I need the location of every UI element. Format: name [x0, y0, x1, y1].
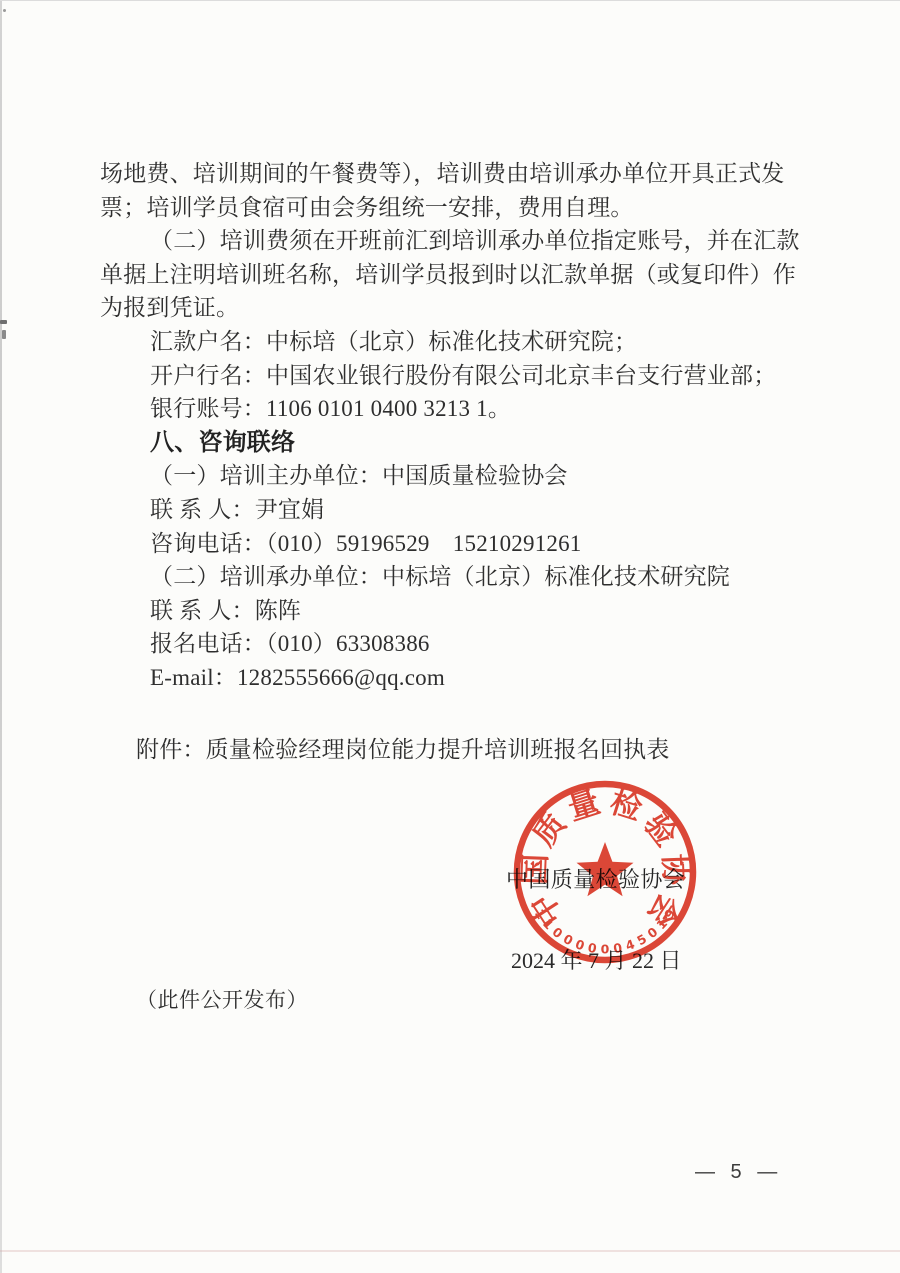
- svg-text:检: 检: [606, 784, 646, 827]
- svg-text:量: 量: [564, 784, 604, 827]
- scan-line-artifact: [0, 1250, 900, 1252]
- issuer-name: 中国质量检验协会: [506, 863, 685, 894]
- svg-text:1: 1: [653, 916, 670, 933]
- document-page: 场地费、培训期间的午餐费等），培训费由培训承办单位开具正式发 票；培训学员食宿可…: [0, 0, 900, 1273]
- body-line-organizer: （一）培训主办单位：中国质量检验协会: [100, 459, 812, 493]
- body-line-remit-account-name: 汇款户名：中标培（北京）标准化技术研究院；: [100, 325, 812, 359]
- svg-text:1: 1: [540, 916, 557, 933]
- body-line-registration-phone: 报名电话：（010）63308386: [100, 627, 812, 661]
- body-line-undertaker: （二）培训承办单位：中标培（北京）标准化技术研究院: [100, 560, 812, 594]
- body-line-contact-person-1: 联 系 人：尹宜娟: [100, 493, 812, 527]
- svg-text:中: 中: [523, 888, 569, 933]
- body-line: （二）培训费须在开班前汇到培训承办单位指定账号，并在汇款: [100, 224, 812, 258]
- body-text-block: 场地费、培训期间的午餐费等），培训费由培训承办单位开具正式发 票；培训学员食宿可…: [100, 157, 812, 695]
- svg-text:会: 会: [641, 888, 687, 933]
- body-line-contact-person-2: 联 系 人：陈阵: [100, 594, 812, 628]
- section-heading-contact: 八、咨询联络: [100, 426, 812, 460]
- issue-date: 2024 年 7 月 22 日: [511, 944, 682, 975]
- scan-speck: [3, 9, 6, 12]
- svg-text:验: 验: [637, 807, 684, 853]
- scan-edge-left: [0, 0, 2, 1273]
- body-line: 场地费、培训期间的午餐费等），培训费由培训承办单位开具正式发: [100, 157, 812, 191]
- attachment-line: 附件：质量检验经理岗位能力提升培训班报名回执表: [136, 731, 670, 764]
- svg-text:0: 0: [550, 924, 566, 941]
- scan-edge-top: [0, 0, 900, 1]
- svg-text:0: 0: [644, 924, 660, 941]
- public-release-note: （此件公开发布）: [136, 984, 308, 1014]
- body-line-inquiry-phone: 咨询电话：（010）59196529 15210291261: [100, 527, 812, 561]
- body-line-email: E-mail：1282555666@qq.com: [100, 661, 812, 695]
- body-line: 为报到凭证。: [100, 291, 812, 325]
- svg-text:9: 9: [661, 906, 678, 921]
- body-line: 票；培训学员食宿可由会务组统一安排，费用自理。: [100, 191, 812, 225]
- body-line: 单据上注明培训班名称，培训学员报到时以汇款单据（或复印件）作: [100, 258, 812, 292]
- svg-text:1: 1: [532, 906, 549, 921]
- body-line-bank-name: 开户行名：中国农业银行股份有限公司北京丰台支行营业部；: [100, 359, 812, 393]
- body-line-bank-account-number: 银行账号：1106 0101 0400 3213 1。: [100, 392, 812, 426]
- page-number: — 5 —: [695, 1161, 778, 1184]
- scan-speck: [2, 330, 6, 339]
- scan-speck: [0, 320, 7, 324]
- svg-text:质: 质: [526, 807, 573, 853]
